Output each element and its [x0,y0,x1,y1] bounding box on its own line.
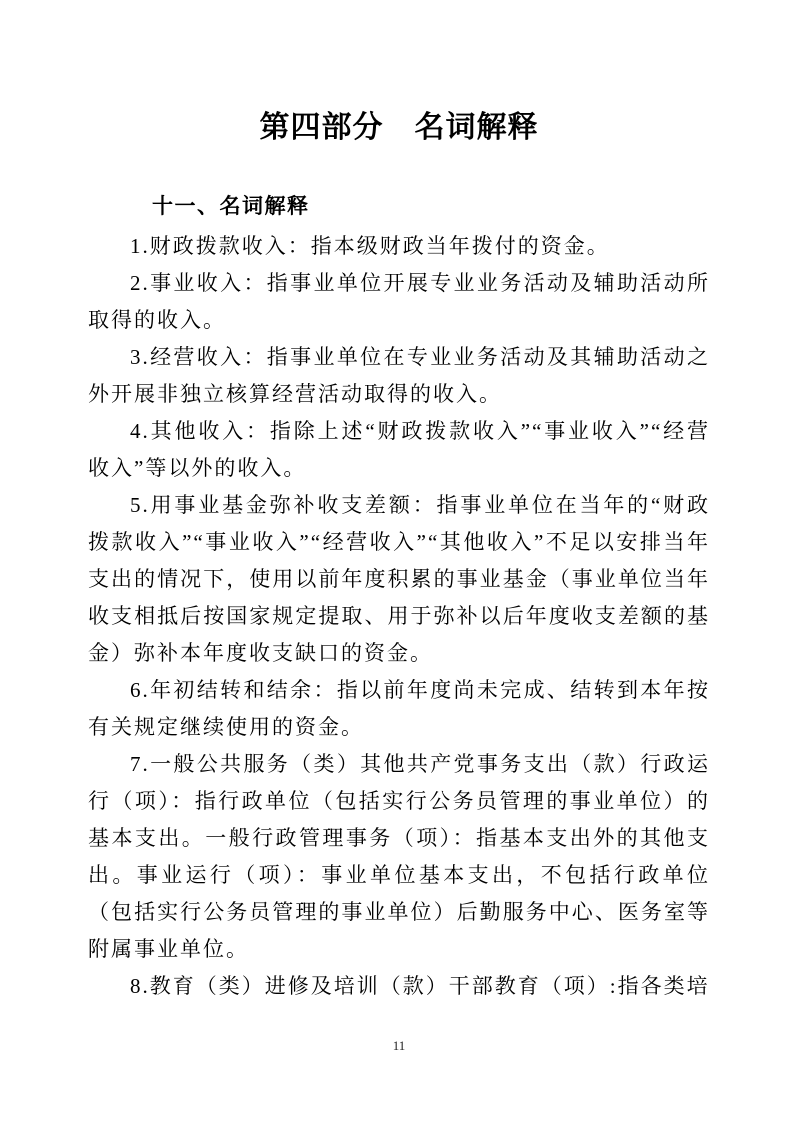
definition-paragraph-8: 8.教育（类）进修及培训（款）干部教育（项）:指各类培 [88,968,710,1005]
document-body: 1.财政拨款收入：指本级财政当年拨付的资金。 2.事业收入：指事业单位开展专业业… [88,228,710,1005]
definition-paragraph-7: 7.一般公共服务（类）其他共产党事务支出（款）行政运行（项）：指行政单位（包括实… [88,746,710,968]
definition-paragraph-6: 6.年初结转和结余：指以前年度尚未完成、结转到本年按有关规定继续使用的资金。 [88,672,710,746]
document-page: 第四部分 名词解释 十一、名词解释 1.财政拨款收入：指本级财政当年拨付的资金。… [0,0,793,1122]
definition-paragraph-2: 2.事业收入：指事业单位开展专业业务活动及辅助活动所取得的收入。 [88,265,710,339]
page-title: 第四部分 名词解释 [88,108,710,148]
definition-paragraph-3: 3.经营收入：指事业单位在专业业务活动及其辅助活动之外开展非独立核算经营活动取得… [88,339,710,413]
definition-paragraph-4: 4.其他收入：指除上述“财政拨款收入”“事业收入”“经营收入”等以外的收入。 [88,413,710,487]
definition-paragraph-1: 1.财政拨款收入：指本级财政当年拨付的资金。 [88,228,710,265]
definition-paragraph-5: 5.用事业基金弥补收支差额：指事业单位在当年的“财政拨款收入”“事业收入”“经营… [88,487,710,672]
section-heading: 十一、名词解释 [152,193,310,221]
page-number: 11 [88,1038,710,1054]
